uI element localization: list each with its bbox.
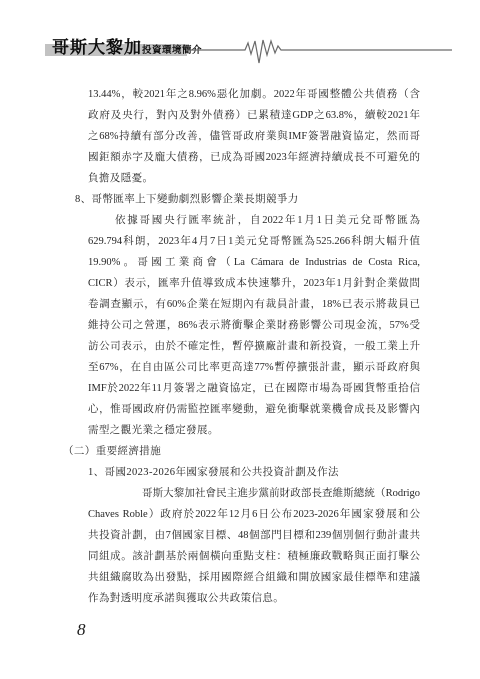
text-line: 13.44%，較2021年之8.96%惡化加劇。2022年哥國整體公共債務（含	[88, 84, 420, 105]
text-line: 國鉅額赤字及龐大債務，已成為哥國2023年經濟持續成長不可避免的	[88, 147, 420, 168]
text-line: 負擔及隱憂。	[88, 168, 420, 189]
text-line: 依據哥國央行匯率統計，自2022年1月1日美元兌哥幣匯為	[115, 210, 420, 231]
section-heading-8: 8、哥幣匯率上下變動劇烈影響企業長期競爭力	[75, 189, 420, 210]
text-line: 維持公司之營運，86%表示將衝擊企業財務影響公司現金流，57%受	[88, 315, 420, 336]
text-line: 政府及央行，對內及對外債務）已累積達GDP之63.8%，續較2021年	[88, 105, 420, 126]
text-line: 卷調查顯示，有60%企業在短期內有裁員計畫，18%已表示將裁員已	[88, 294, 420, 315]
text-line: 同組成。該計劃基於兩個橫向重點支柱：積極廉政戰略與正面打擊公	[88, 546, 420, 567]
header-title-main: 哥斯大黎加	[52, 38, 142, 57]
text-line: 心，惟哥國政府仍需監控匯率變動，避免衝擊就業機會成長及影響內	[88, 399, 420, 420]
section-heading-2: （二）重要經濟措施	[63, 441, 420, 462]
text-line: Chaves Roble）政府於2022年12月6日公布2023-2026年國家…	[88, 504, 420, 525]
text-line: 之68%持續有部分改善，儘管哥政府業與IMF簽署融資協定，然而哥	[88, 126, 420, 147]
subsection-heading-1: 1、哥國2023-2026年國家發展和公共投資計劃及作法	[88, 462, 420, 483]
text-line: IMF於2022年11月簽署之融資協定，已在國際市場為哥國貨幣重拾信	[88, 378, 420, 399]
page-header-title: 哥斯大黎加投資環境簡介	[52, 33, 202, 58]
heartbeat-line-decoration	[186, 30, 454, 70]
text-line: 19.90%。哥國工業商會（La Cámara de Industrias de…	[88, 252, 420, 273]
text-line: 訪公司表示，由於不確定性，暫停擴廠計畫和新投資，一般工業上升	[88, 336, 420, 357]
text-line: 哥斯大黎加社會民主進步黨前財政部長查維斯總統（Rodrigo	[142, 483, 420, 504]
text-line: 至67%，在自由區公司比率更高達77%暫停擴張計畫，顯示哥政府與	[88, 357, 420, 378]
document-page: 哥斯大黎加投資環境簡介 13.44%，較2021年之8.96%惡化加劇。2022…	[0, 0, 480, 679]
text-line: 共投資計劃，由7個國家目標、48個部門目標和239個別個行動計畫共	[88, 525, 420, 546]
text-line: 需型之觀光業之穩定發展。	[88, 420, 420, 441]
document-body: 13.44%，較2021年之8.96%惡化加劇。2022年哥國整體公共債務（含 …	[63, 84, 420, 609]
page-number: 8	[77, 620, 86, 640]
text-line: 共組織腐敗為出發點，採用國際經合組織和開放國家最佳標準和建議	[88, 567, 420, 588]
text-line: CICR）表示，匯率升值導致成本快速攀升，2023年1月針對企業做問	[88, 273, 420, 294]
text-line: 629.794科朗，2023年4月7日1美元兌哥幣匯為525.266科朗大幅升值	[88, 231, 420, 252]
text-line: 作為對透明度承諾與獲取公共政策信息。	[88, 588, 420, 609]
